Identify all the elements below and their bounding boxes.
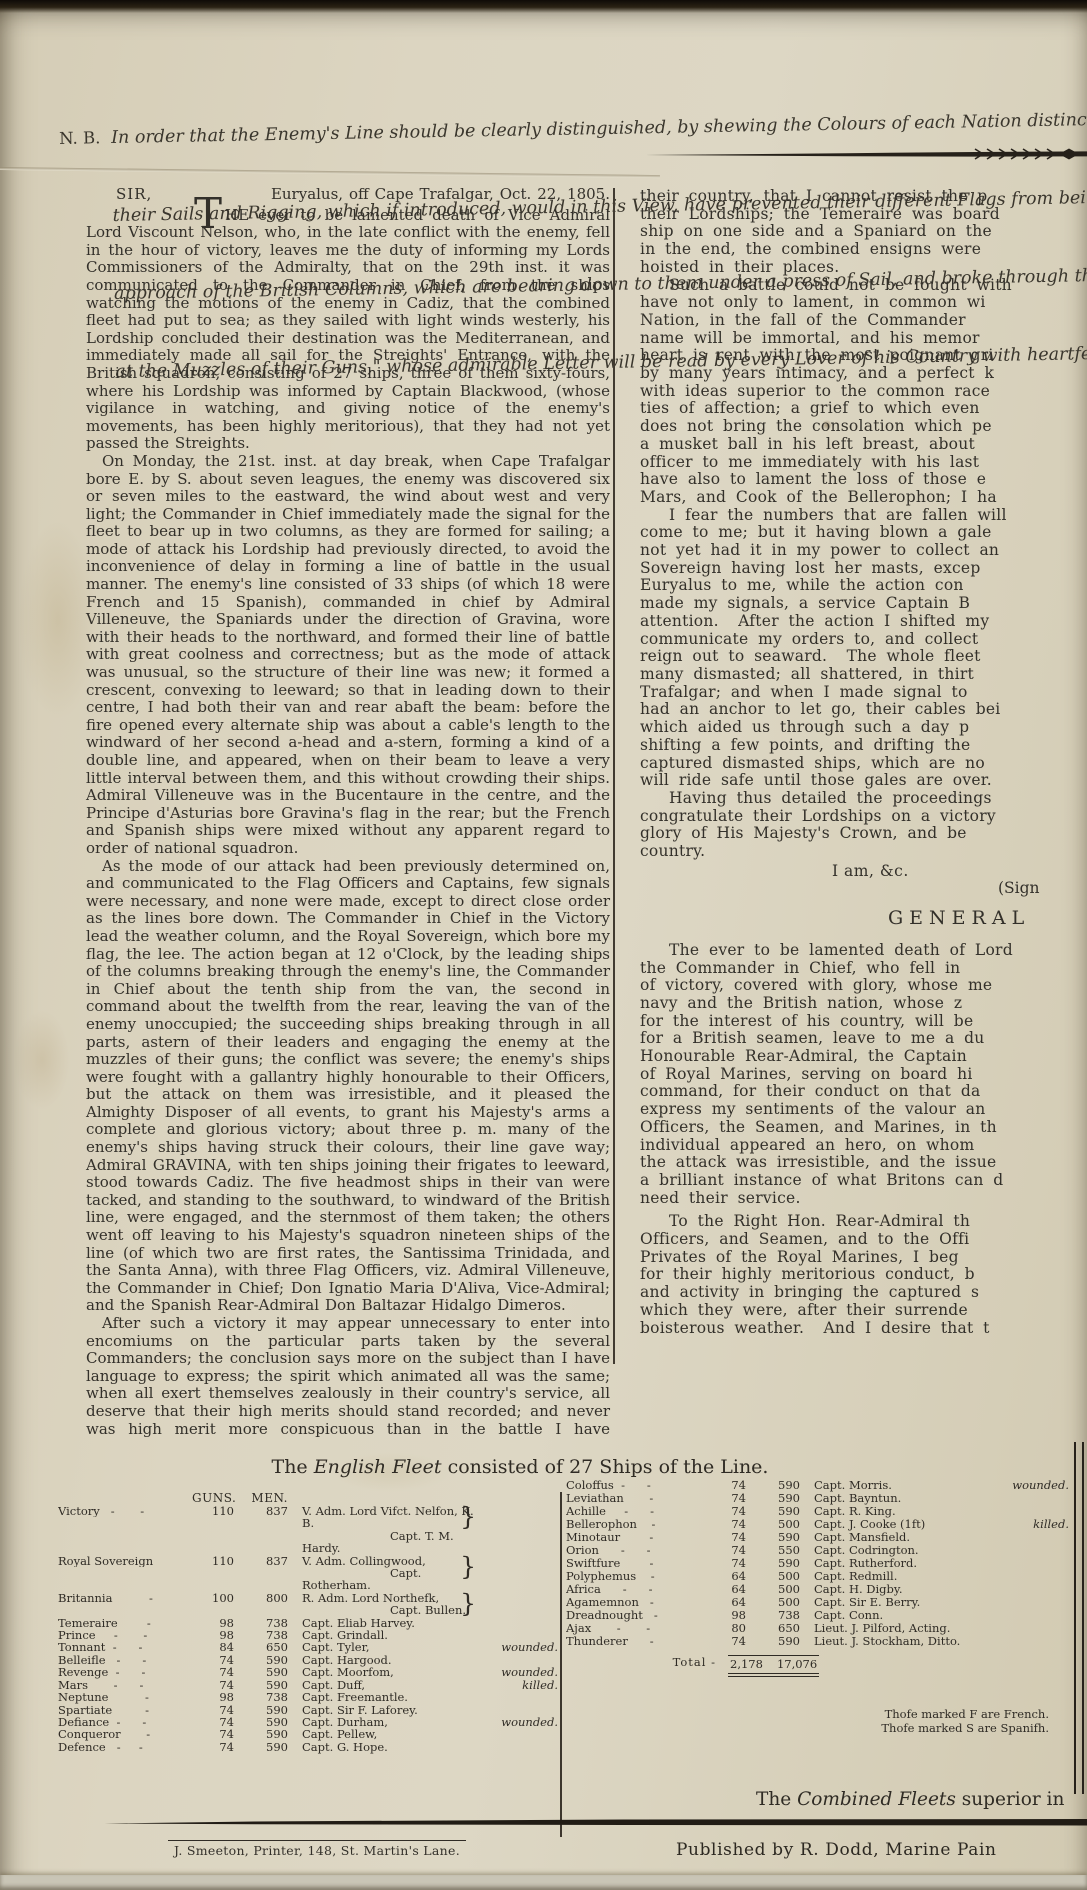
letter-line: The ever to be lamented death of Lord [640, 942, 1087, 960]
general-order-heading: GENERAL [888, 910, 1087, 928]
letter-line: for the interest of his country, will be [640, 1013, 1087, 1031]
total-label: Total - [566, 1655, 716, 1677]
letter-line: their country, that I cannot resist the … [640, 188, 1087, 206]
ship-name: Dreadnought - [566, 1609, 706, 1622]
ship-name: Ajax - - [566, 1622, 706, 1635]
letter-line: which they were, after their surrende [640, 1302, 1087, 1320]
letter-right-column: their country, that I cannot resist the … [640, 188, 1087, 1337]
letter-line: does not bring the consolation which pe [640, 418, 1087, 436]
letter-line: their Lordships; the Temeraire was board [640, 206, 1087, 224]
letter-line: the Commander in Chief, who fell in [640, 960, 1087, 978]
ship-men: 837 [234, 1555, 288, 1567]
combined-fleets-caption: The Combined Fleets superior in [756, 1789, 1064, 1810]
brace-glyph: } [460, 1554, 476, 1579]
ship-name: Agamemnon - [566, 1596, 706, 1609]
ship-name: Royal Sovereign [58, 1555, 192, 1567]
fleet-left-list: GUNS. MEN. Victory - - 110 837 V. Adm. L… [58, 1492, 560, 1837]
brace-glyph: } [460, 1591, 476, 1616]
scan-top-edge [0, 0, 1087, 13]
letter-line: Having thus detailed the proceedings [640, 790, 1087, 808]
ship-men: 650 [234, 1641, 288, 1653]
letter-line: heart is rent with the most poignant gri [640, 347, 1087, 365]
letter-line: need their service. [640, 1190, 1087, 1208]
total-guns: 2,178 [730, 1657, 763, 1671]
casualty-note: wounded. [476, 1641, 560, 1653]
note-line: Thofe marked S are Spanifh. [566, 1721, 1049, 1735]
letter-line: many dismasted; all shattered, in thirt [640, 666, 1087, 684]
letter-line: command, for their conduct on that da [640, 1083, 1087, 1101]
casualty-note: wounded. [476, 1666, 560, 1678]
ship-row: Victory - - 110 837 V. Adm. Lord Vifct. … [58, 1505, 560, 1555]
letter-line: Honourable Rear-Admiral, the Captain [640, 1048, 1087, 1066]
ship-guns: 74 [192, 1741, 234, 1753]
salutation-row: SIR, Euryalus, off Cape Trafalgar, Oct. … [86, 186, 610, 204]
ship-guns: 110 [192, 1555, 234, 1567]
right-column-block-2: The ever to be lamented death of Lord th… [640, 942, 1087, 1208]
letter-line: Officers, the Seamen, and Marines, in th [640, 1119, 1087, 1137]
scan-bottom-edge [0, 1875, 1087, 1890]
letter-line: Officers, and Seamen, and to the Offi [640, 1231, 1087, 1249]
ship-name: Revenge - - [58, 1666, 192, 1678]
fleet-right-list: Coloffus - - 74 590 Capt. Morris. wounde… [566, 1479, 1071, 1837]
ship-captain: R. Adm. Lord Northefk,Capt. Bullen.} [288, 1592, 476, 1617]
letter-line: navy and the British nation, whose z [640, 995, 1087, 1013]
ship-captain: V. Adm. Collingwood,Capt. Rotherham.} [288, 1555, 476, 1592]
ship-name: Belleifle - - [58, 1654, 192, 1666]
ornamental-rule [645, 147, 1087, 161]
ship-guns: 98 [192, 1691, 234, 1703]
ship-name: Britannia - [58, 1592, 192, 1604]
casualty-note: killed. [476, 1679, 560, 1691]
letter-line: had an anchor to let go, their cables be… [640, 701, 1087, 719]
letter-line: attention. After the action I shifted my [640, 613, 1087, 631]
ship-name: Coloffus - - [566, 1479, 706, 1492]
letter-line: captured dismasted ships, which are no [640, 755, 1087, 773]
letter-line: hoisted in their places. [640, 259, 1087, 277]
ship-name: Neptune - [58, 1691, 192, 1703]
ship-name: Bellerophon - [566, 1518, 706, 1531]
ship-men: 800 [234, 1592, 288, 1604]
section-rule [60, 1440, 1087, 1442]
letter-line: Euryalus to me, while the action con [640, 577, 1087, 595]
ship-row: Britannia - 100 800 R. Adm. Lord Northef… [58, 1592, 560, 1617]
letter-line: and activity in bringing the captured s [640, 1284, 1087, 1302]
letter-paragraph: After such a victory it may appear unnec… [86, 1315, 610, 1438]
right-column-block-1: their country, that I cannot resist the … [640, 188, 1087, 861]
ship-men: 738 [234, 1691, 288, 1703]
ship-name: Achille - - [566, 1505, 706, 1518]
casualty-note: killed. [991, 1518, 1071, 1531]
dateline: Euryalus, off Cape Trafalgar, Oct. 22, 1… [271, 186, 610, 204]
fleet-right-rows: Coloffus - - 74 590 Capt. Morris. wounde… [566, 1479, 1071, 1648]
letter-line: for their highly meritorious conduct, b [640, 1266, 1087, 1284]
letter-line: Privates of the Royal Marines, I beg [640, 1249, 1087, 1267]
letter-line: not yet had it in my power to collect an [640, 542, 1087, 560]
letter-left-column: SIR, Euryalus, off Cape Trafalgar, Oct. … [86, 186, 610, 1438]
letter-line: Nation, in the fall of the Commander [640, 312, 1087, 330]
fleet-title: The English Fleet consisted of 27 Ships … [40, 1456, 1000, 1478]
imprint-row: J. Smeeton, Printer, 148, St. Martin's L… [0, 1840, 1087, 1860]
letter-line: have not only to lament, in common wi [640, 294, 1087, 312]
ship-name: Orion - - [566, 1544, 706, 1557]
nb-label: N. B. [59, 125, 111, 152]
letter-line: come to me; but it having blown a gale [640, 524, 1087, 542]
letter-line: the attack was irresistible, and the iss… [640, 1154, 1087, 1172]
scanned-broadside-page: N. B.In order that the Enemy's Line shou… [0, 0, 1087, 1890]
casualty-note: wounded. [991, 1479, 1071, 1492]
fleet-left-rows: Victory - - 110 837 V. Adm. Lord Vifct. … [58, 1505, 560, 1753]
letter-line: which aided us through such a day p [640, 719, 1087, 737]
letter-line: ship on one side and a Spaniard on the [640, 223, 1087, 241]
signature-fragment: (Sign [998, 880, 1087, 898]
publisher-credit: Published by R. Dodd, Marine Pain [676, 1840, 997, 1860]
letter-line: made my signals, a service Captain B [640, 595, 1087, 613]
letter-line: with ideas superior to the common race [640, 383, 1087, 401]
letter-line: country. [640, 843, 1087, 861]
letter-line: shifting a few points, and drifting the [640, 737, 1087, 755]
letter-line: a brilliant instance of what Britons can… [640, 1172, 1087, 1190]
swelled-rule [104, 1816, 1087, 1828]
letter-line: in the end, the combined ensigns were [640, 241, 1087, 259]
letter-line: of Royal Marines, serving on board hi [640, 1066, 1087, 1084]
head-note-line: N. B.In order that the Enemy's Line shou… [59, 107, 1087, 152]
letter-line: individual appeared an hero, on whom [640, 1137, 1087, 1155]
ship-name: Polyphemus - [566, 1570, 706, 1583]
ship-name: Mars - - [58, 1679, 192, 1691]
letter-closing: I am, &c. [832, 863, 1087, 881]
letter-paragraph: THE ever to be lamented death of Vice Ad… [86, 206, 610, 453]
fleet-notes: Thofe marked F are French. Thofe marked … [566, 1707, 1071, 1735]
letter-line: reign out to seaward. The whole fleet [640, 648, 1087, 666]
casualty-note: wounded. [476, 1716, 560, 1728]
english-fleet-section: The English Fleet consisted of 27 Ships … [0, 1440, 1087, 1815]
ship-men: 590 [234, 1666, 288, 1678]
ship-name: Defence - - [58, 1741, 192, 1753]
ship-name: Conqueror - [58, 1728, 192, 1740]
letter-line: a musket ball in his left breast, about [640, 436, 1087, 454]
letter-line: have also to lament the loss of those e [640, 471, 1087, 489]
ship-guns: 74 [192, 1728, 234, 1740]
note-line: Thofe marked F are French. [566, 1707, 1049, 1721]
letter-line: Sovereign having lost her masts, excep [640, 560, 1087, 578]
ship-captain: Lieut. J. Stockham, Ditto. [800, 1635, 991, 1648]
ship-guns: 74 [706, 1635, 746, 1648]
letter-line: communicate my orders to, and collect [640, 631, 1087, 649]
ship-name: Spartiate - [58, 1704, 192, 1716]
letter-line: boisterous weather. And I desire that t [640, 1320, 1087, 1338]
column-divider-rule [613, 188, 615, 1364]
letter-line: I fear the numbers that are fallen will [640, 507, 1087, 525]
dispatch-letter: SIR, Euryalus, off Cape Trafalgar, Oct. … [0, 186, 1087, 1438]
salutation: SIR, [116, 186, 152, 204]
table-divider-rule [560, 1492, 562, 1837]
ship-name: Defiance - - [58, 1716, 192, 1728]
letter-line: name will be immortal, and his memor [640, 330, 1087, 348]
letter-line: ties of affection; a grief to which even [640, 400, 1087, 418]
ship-men: 590 [234, 1728, 288, 1740]
ship-name: Africa - - [566, 1583, 706, 1596]
letter-line: officer to me immediately with his last [640, 454, 1087, 472]
ship-captain: Capt. G. Hope. [288, 1741, 476, 1753]
ship-name: Prince - - [58, 1629, 192, 1641]
ship-guns: 100 [192, 1592, 234, 1604]
fleet-total-row: Total - 2,178 17,076 [566, 1655, 1071, 1677]
ship-name: Swiftfure - [566, 1557, 706, 1570]
double-rule [1074, 1442, 1084, 1794]
letter-paragraph: As the mode of our attack had been previ… [86, 858, 610, 1315]
fleet-columns: GUNS. MEN. Victory - - 110 837 V. Adm. L… [58, 1492, 1087, 1837]
letter-line: express my sentiments of the valour an [640, 1101, 1087, 1119]
ship-men: 590 [234, 1741, 288, 1753]
letter-line: congratulate their Lordships on a victor… [640, 808, 1087, 826]
ship-captain: V. Adm. Lord Vifct. Nelfon, K. B.Capt. T… [288, 1505, 476, 1555]
ship-name: Tonnant - - [58, 1641, 192, 1653]
ship-name: Leviathan - [566, 1492, 706, 1505]
ship-name: Minotaur - [566, 1531, 706, 1544]
ship-name: Victory - - [58, 1505, 192, 1517]
letter-line: by many years intimacy, and a perfect k [640, 365, 1087, 383]
drop-cap: T [194, 189, 222, 238]
ship-guns: 84 [192, 1641, 234, 1653]
letter-line: Trafalgar; and when I made signal to [640, 684, 1087, 702]
ship-name: Temeraire - [58, 1617, 192, 1629]
letter-paragraph: On Monday, the 21st. inst. at day break,… [86, 453, 610, 858]
total-values: 2,178 17,076 [728, 1655, 819, 1677]
letter-line: Mars, and Cook of the Bellerophon; I ha [640, 489, 1087, 507]
ship-guns: 74 [192, 1666, 234, 1678]
ship-guns: 110 [192, 1505, 234, 1517]
ship-men: 837 [234, 1505, 288, 1517]
ship-row: Royal Sovereign 110 837 V. Adm. Collingw… [58, 1555, 560, 1592]
letter-line: Such a battle could not be fought with [640, 277, 1087, 295]
letter-line: of victory, covered with glory, whose me [640, 977, 1087, 995]
letter-line: will ride safe until those gales are ove… [640, 772, 1087, 790]
ship-row: Defence - - 74 590 Capt. G. Hope. [58, 1741, 560, 1753]
ship-men: 590 [746, 1635, 800, 1648]
total-men: 17,076 [777, 1657, 817, 1671]
ship-name: Thunderer - [566, 1635, 706, 1648]
letter-line: To the Right Hon. Rear-Admiral th [640, 1213, 1087, 1231]
printer-credit: J. Smeeton, Printer, 148, St. Martin's L… [168, 1840, 466, 1858]
ship-row: Thunderer - 74 590 Lieut. J. Stockham, D… [566, 1635, 1071, 1648]
letter-line: for a British seamen, leave to me a du [640, 1030, 1087, 1048]
brace-glyph: } [460, 1504, 476, 1529]
right-column-block-3: To the Right Hon. Rear-Admiral thOfficer… [640, 1213, 1087, 1337]
letter-line: glory of His Majesty's Crown, and be [640, 825, 1087, 843]
